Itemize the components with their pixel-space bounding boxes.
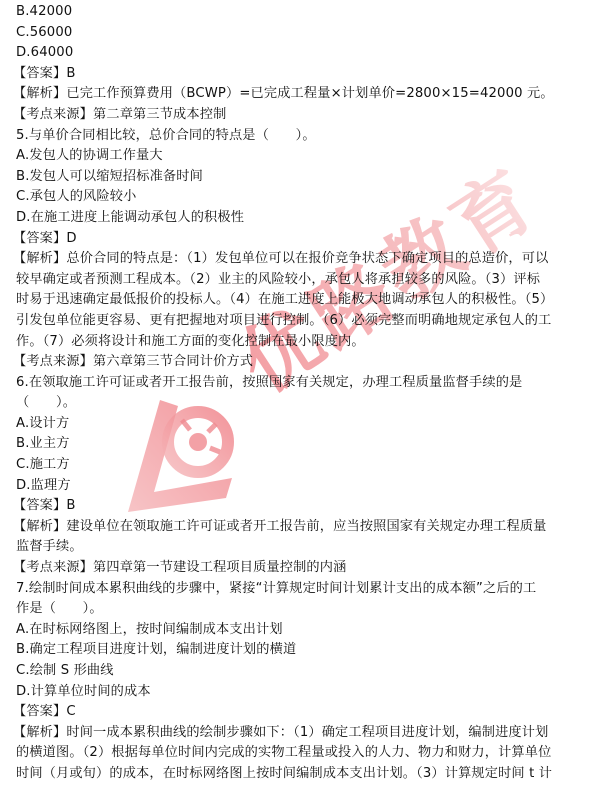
analysis-line: 监督手续。 [16, 537, 584, 558]
option-b: B.确定工程项目进度计划，编制进度计划的横道 [16, 640, 584, 661]
answer-value: C [66, 704, 75, 719]
answer: 【答案】B [16, 64, 584, 85]
analysis-tag: 【解析】 [16, 519, 66, 534]
option-c: C.绘制 S 形曲线 [16, 661, 584, 682]
answer-tag: 【答案】 [16, 498, 66, 513]
analysis-tag: 【解析】 [16, 86, 66, 101]
option-c: C.56000 [16, 23, 584, 44]
option-a: A.在时标网络图上，按时间编制成本支出计划 [16, 620, 584, 641]
analysis-line: 较早确定或者预测工程成本。（2）业主的风险较小，承包人将承担较多的风险。（3）评… [16, 270, 584, 291]
answer: 【答案】D [16, 229, 584, 250]
option-a: A.设计方 [16, 414, 584, 435]
analysis: 【解析】已完工作预算费用（BCWP）=已完成工程量×计划单价=2800×15=4… [16, 84, 584, 105]
analysis-line: 作。（7）必须将设计和施工方面的变化控制在最小限度内。 [16, 332, 584, 353]
analysis: 【解析】建设单位在领取施工许可证或者开工报告前，应当按照国家有关规定办理工程质量 [16, 517, 584, 538]
option-d: D.在施工进度上能调动承包人的积极性 [16, 208, 584, 229]
analysis-line: 引发包单位能更容易、更有把握地对项目进行控制。（6）必须完整而明确地规定承包人的… [16, 311, 584, 332]
option-c: C.施工方 [16, 455, 584, 476]
question-stem: 5.与单价合同相比较，总价合同的特点是（ ）。 [16, 126, 584, 147]
analysis-line: 的横道图。（2）根据每单位时间内完成的实物工程量或投入的人力、物力和财力，计算单… [16, 743, 584, 764]
option-d: D.监理方 [16, 476, 584, 497]
analysis: 【解析】时间一成本累积曲线的绘制步骤如下：（1）确定工程项目进度计划，编制进度计… [16, 723, 584, 744]
question-stem-cont: （ ）。 [16, 393, 584, 414]
source-tag: 【考点来源】 [16, 560, 93, 575]
option-d: D.64000 [16, 43, 584, 64]
answer-value: B [66, 66, 75, 81]
option-b: B.发包人可以缩短招标准备时间 [16, 167, 584, 188]
source: 【考点来源】第二章第三节成本控制 [16, 105, 584, 126]
analysis-line: 时间（月或旬）的成本，在时标网络图上按时间编制成本支出计划。（3）计算规定时间 … [16, 764, 584, 785]
analysis: 【解析】总价合同的特点是：（1）发包单位可以在报价竞争状态下确定项目的总造价，可… [16, 249, 584, 270]
analysis-tag: 【解析】 [16, 251, 66, 266]
question-stem: 7.绘制时间成本累积曲线的步骤中，紧接“计算规定时间计划累计支出的成本额”之后的… [16, 579, 584, 600]
answer-tag: 【答案】 [16, 704, 66, 719]
option-d: D.计算单位时间的成本 [16, 682, 584, 703]
question-stem-cont: 作是（ ）。 [16, 599, 584, 620]
answer: 【答案】B [16, 496, 584, 517]
source: 【考点来源】第四章第一节建设工程项目质量控制的内涵 [16, 558, 584, 579]
source-tag: 【考点来源】 [16, 107, 93, 122]
option-c: C.承包人的风险较小 [16, 187, 584, 208]
answer-value: B [66, 498, 75, 513]
exam-document: B.42000 C.56000 D.64000 【答案】B 【解析】已完工作预算… [16, 2, 584, 785]
analysis-tag: 【解析】 [16, 725, 66, 740]
question-stem: 6.在领取施工许可证或者开工报告前，按照国家有关规定，办理工程质量监督手续的是 [16, 373, 584, 394]
option-b: B.业主方 [16, 434, 584, 455]
answer: 【答案】C [16, 702, 584, 723]
option-b: B.42000 [16, 2, 584, 23]
option-a: A.发包人的协调工作量大 [16, 146, 584, 167]
analysis-line: 时易于迅速确定最低报价的投标人。（4）在施工进度上能极大地调动承包人的积极性。（… [16, 290, 584, 311]
answer-tag: 【答案】 [16, 66, 66, 81]
answer-tag: 【答案】 [16, 231, 66, 246]
answer-value: D [66, 231, 76, 246]
source: 【考点来源】第六章第三节合同计价方式 [16, 352, 584, 373]
source-tag: 【考点来源】 [16, 354, 93, 369]
